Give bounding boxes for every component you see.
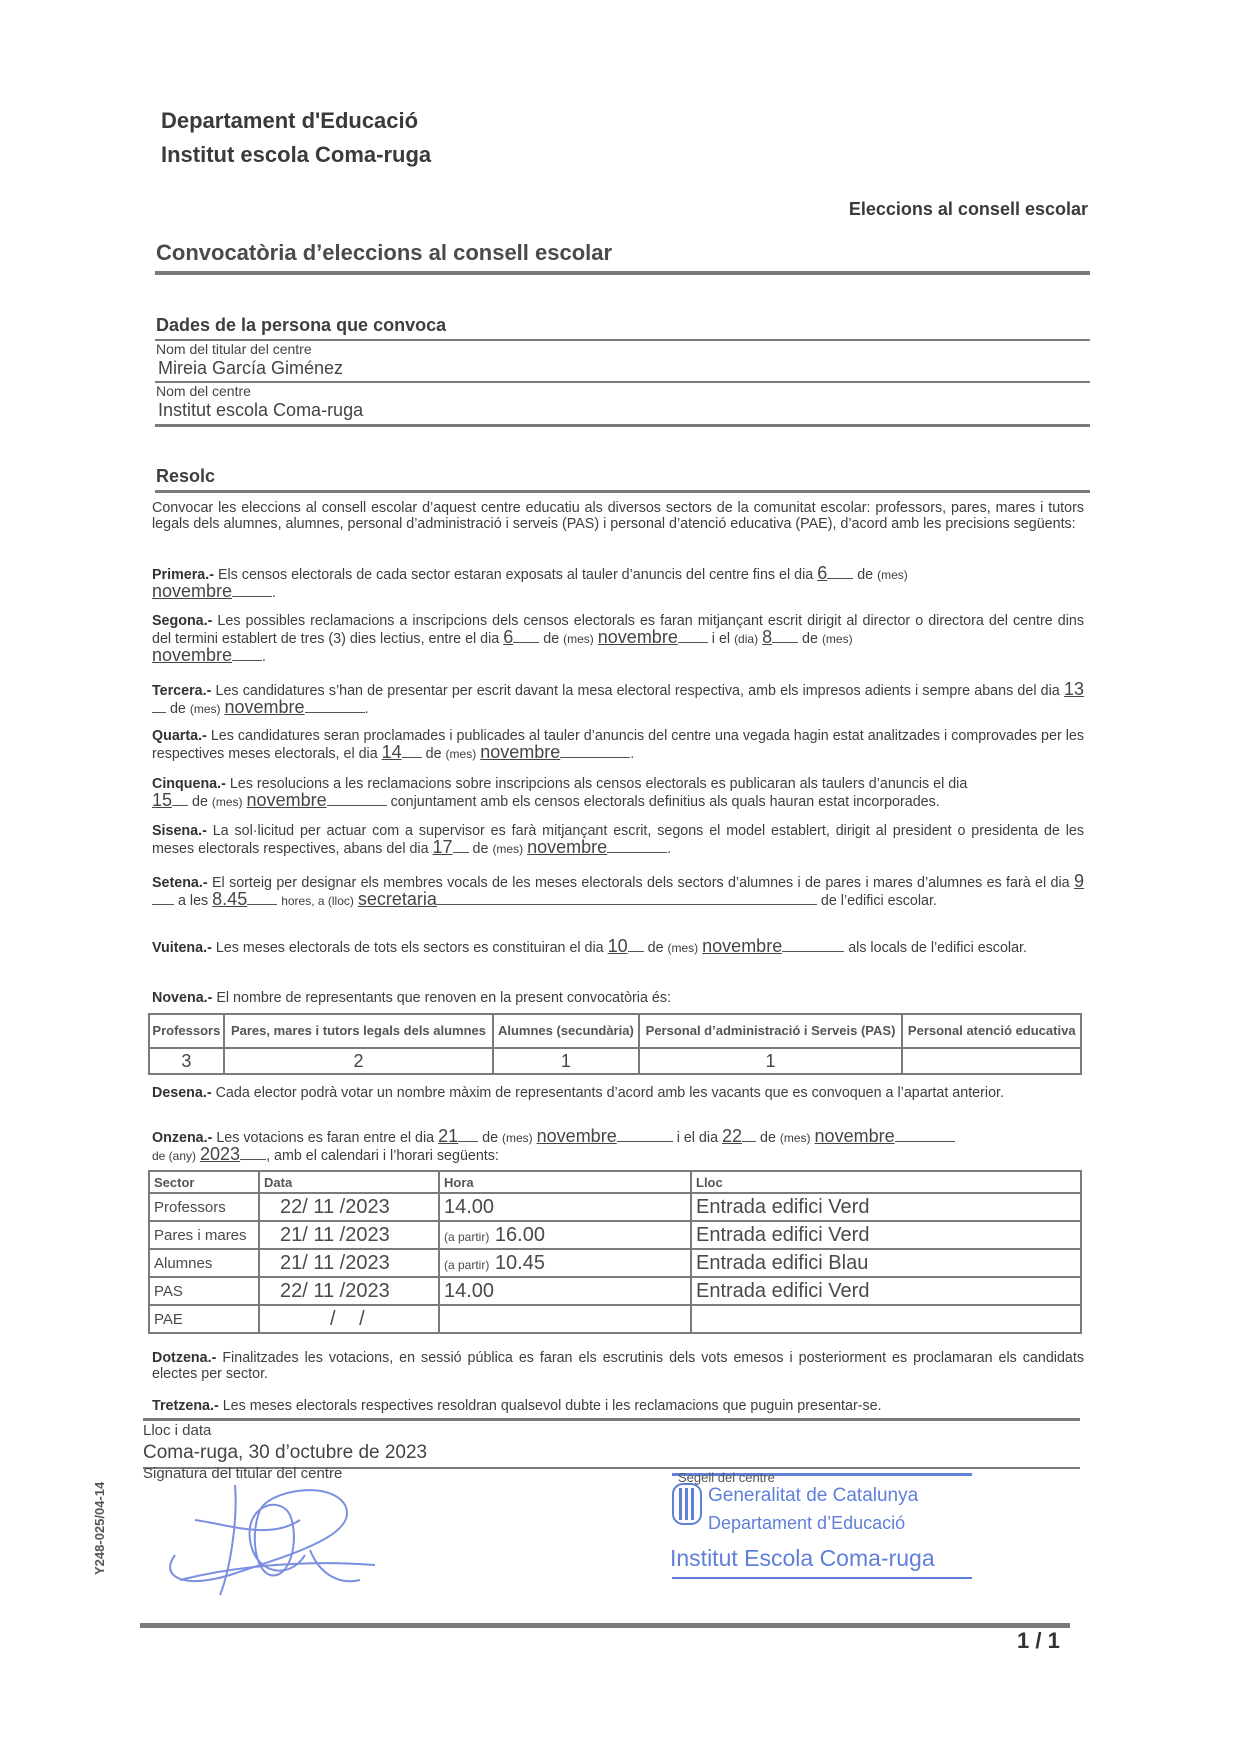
clause-label: Desena.- — [152, 1085, 212, 1101]
day-field[interactable]: 8 — [762, 629, 772, 645]
table-header: Hora — [439, 1171, 691, 1193]
clause-tail: als locals de l’edifici escolar. — [848, 940, 1027, 956]
department-name: Departament d'Educació — [161, 108, 418, 134]
sector-cell: Pares i mares — [149, 1221, 259, 1249]
clause-text: Les votacions es faran entre el dia — [216, 1130, 434, 1146]
table-cell[interactable]: 3 — [149, 1048, 224, 1074]
at-label: a les — [178, 893, 208, 909]
clause-primera: Primera.- Els censos electorals de cada … — [152, 565, 1084, 601]
school-name: Institut escola Coma-ruga — [161, 142, 431, 168]
page-title: Convocatòria d’eleccions al consell esco… — [156, 240, 612, 266]
clause-text: Les meses electorals respectives resoldr… — [223, 1398, 882, 1414]
clause-tail: de l’edifici escolar. — [821, 893, 937, 909]
clause-label: Setena.- — [152, 875, 208, 891]
day-field[interactable]: 22 — [722, 1128, 742, 1144]
table-row: Pares i mares 21/ 11 /2023 (a partir) 16… — [149, 1221, 1081, 1249]
month-field[interactable]: novembre — [537, 1128, 617, 1144]
clause-vuitena: Vuitena.- Les meses electorals de tots e… — [152, 938, 1084, 956]
clause-tail: , amb el calendari i l’horari següents: — [266, 1148, 499, 1164]
signature-icon — [150, 1480, 380, 1610]
centre-label: Nom del centre — [156, 383, 251, 399]
clause-sisena: Sisena.- La sol·licitud per actuar com a… — [152, 823, 1084, 857]
divider — [143, 1418, 1080, 1421]
divider — [155, 381, 1090, 383]
table-header: Alumnes (secundària) — [493, 1014, 638, 1048]
clause-text: Les candidatures s’han de presentar per … — [216, 683, 1060, 699]
table-row: PAE / / — [149, 1305, 1081, 1333]
place-date-label: Lloc i data — [143, 1422, 211, 1439]
representatives-table: Professors Pares, mares i tutors legals … — [148, 1013, 1082, 1075]
clause-tercera: Tercera.- Les candidatures s’han de pres… — [152, 681, 1084, 717]
form-code: Y248-025/04-14 — [92, 1482, 107, 1575]
time-field[interactable]: 8.45 — [212, 891, 247, 907]
clause-label: Segona.- — [152, 613, 212, 629]
clause-text: Les resolucions a les reclamacions sobre… — [230, 776, 967, 792]
page-number: 1 / 1 — [1017, 1628, 1060, 1654]
date-cell[interactable]: / / — [259, 1305, 439, 1333]
date-cell[interactable]: 21/ 11 /2023 — [259, 1249, 439, 1277]
sector-cell: Professors — [149, 1193, 259, 1221]
mid-label: i el dia — [677, 1130, 718, 1146]
place-cell[interactable]: Entrada edifici Blau — [691, 1249, 1081, 1277]
month-field[interactable]: novembre — [225, 699, 305, 715]
clause-onzena: Onzena.- Les votacions es faran entre el… — [152, 1128, 1084, 1164]
table-row: Alumnes 21/ 11 /2023 (a partir) 10.45 En… — [149, 1249, 1081, 1277]
year-field[interactable]: 2023 — [200, 1146, 240, 1162]
divider — [155, 424, 1090, 427]
resolution-section-title: Resolc — [156, 466, 215, 487]
sector-cell: Alumnes — [149, 1249, 259, 1277]
day-field[interactable]: 21 — [438, 1128, 458, 1144]
table-header: Personal d’administració i Serveis (PAS) — [639, 1014, 903, 1048]
clause-novena: Novena.- El nombre de representants que … — [152, 990, 1084, 1006]
date-cell[interactable]: 21/ 11 /2023 — [259, 1221, 439, 1249]
divider — [155, 271, 1090, 275]
table-cell[interactable]: 2 — [224, 1048, 493, 1074]
place-cell[interactable]: Entrada edifici Verd — [691, 1277, 1081, 1305]
sector-cell: PAE — [149, 1305, 259, 1333]
day-field[interactable]: 13 — [1064, 681, 1084, 697]
clause-dotzena: Dotzena.- Finalitzades les votacions, en… — [152, 1350, 1084, 1382]
day-field[interactable]: 6 — [817, 565, 827, 581]
table-header: Pares, mares i tutors legals dels alumne… — [224, 1014, 493, 1048]
place-field[interactable]: secretaria — [358, 891, 437, 907]
hour-cell[interactable]: (a partir) 16.00 — [439, 1221, 691, 1249]
month-field[interactable]: novembre — [152, 647, 232, 663]
clause-setena: Setena.- El sorteig per designar els mem… — [152, 873, 1084, 909]
clause-label: Dotzena.- — [152, 1350, 216, 1366]
table-header: Data — [259, 1171, 439, 1193]
month-field[interactable]: novembre — [152, 583, 232, 599]
clause-label: Tretzena.- — [152, 1398, 219, 1414]
clause-label: Vuitena.- — [152, 940, 212, 956]
clause-text: Finalitzades les votacions, en sessió pú… — [152, 1350, 1084, 1382]
place-cell[interactable]: Entrada edifici Verd — [691, 1221, 1081, 1249]
clause-tail: conjuntament amb els censos electorals d… — [391, 794, 940, 810]
clause-tretzena: Tretzena.- Les meses electorals respecti… — [152, 1398, 1084, 1414]
convener-section-title: Dades de la persona que convoca — [156, 315, 446, 336]
month-field[interactable]: novembre — [247, 792, 327, 808]
table-header: Personal atenció educativa — [902, 1014, 1081, 1048]
table-row: Professors 22/ 11 /2023 14.00 Entrada ed… — [149, 1193, 1081, 1221]
month-field[interactable]: novembre — [527, 839, 607, 855]
clause-segona: Segona.- Les possibles reclamacions a in… — [152, 613, 1084, 665]
place-date-field[interactable]: Coma-ruga, 30 d’octubre de 2023 — [143, 1442, 427, 1464]
clause-text: Els censos electorals de cada sector est… — [218, 567, 813, 583]
divider — [140, 1623, 1070, 1628]
clause-label: Sisena.- — [152, 823, 207, 839]
table-cell[interactable]: 1 — [639, 1048, 903, 1074]
holder-field[interactable]: Mireia García Giménez — [158, 358, 343, 379]
clause-text: Cada elector podrà votar un nombre màxim… — [216, 1085, 1004, 1101]
hour-cell[interactable]: (a partir) 10.45 — [439, 1249, 691, 1277]
table-header: Sector — [149, 1171, 259, 1193]
clause-desena: Desena.- Cada elector podrà votar un nom… — [152, 1085, 1084, 1101]
table-header: Lloc — [691, 1171, 1081, 1193]
table-row: PAS 22/ 11 /2023 14.00 Entrada edifici V… — [149, 1277, 1081, 1305]
table-cell[interactable]: 1 — [493, 1048, 638, 1074]
stamp-line2: Departament d’Educació — [708, 1513, 905, 1534]
day-field[interactable]: 17 — [433, 839, 453, 855]
table-cell[interactable] — [902, 1048, 1081, 1074]
month-field[interactable]: novembre — [702, 938, 782, 954]
place-cell[interactable] — [691, 1305, 1081, 1333]
clause-quarta: Quarta.- Les candidatures seran proclama… — [152, 728, 1084, 762]
day-field[interactable]: 14 — [382, 744, 402, 760]
voting-schedule-table: Sector Data Hora Lloc Professors 22/ 11 … — [148, 1170, 1082, 1334]
stamp-line3: Institut Escola Coma-ruga — [670, 1545, 935, 1572]
clause-label: Quarta.- — [152, 728, 207, 744]
hour-cell[interactable] — [439, 1305, 691, 1333]
place-cell[interactable]: Entrada edifici Verd — [691, 1193, 1081, 1221]
day-field[interactable]: 6 — [503, 629, 513, 645]
hour-cell[interactable]: 14.00 — [439, 1193, 691, 1221]
form-category: Eleccions al consell escolar — [849, 199, 1088, 220]
centre-field[interactable]: Institut escola Coma-ruga — [158, 400, 363, 421]
day-field[interactable]: 10 — [608, 938, 628, 954]
stamp-line1: Generalitat de Catalunya — [708, 1485, 918, 1507]
catalonia-emblem-icon — [672, 1483, 702, 1525]
hour-cell[interactable]: 14.00 — [439, 1277, 691, 1305]
clause-label: Novena.- — [152, 990, 212, 1006]
month-field[interactable]: novembre — [815, 1128, 895, 1144]
clause-text: El sorteig per designar els membres voca… — [212, 875, 1070, 891]
day-field[interactable]: 15 — [152, 792, 172, 808]
sector-cell: PAS — [149, 1277, 259, 1305]
month-field[interactable]: novembre — [598, 629, 678, 645]
year-label: de (any) — [152, 1149, 196, 1163]
resolution-intro: Convocar les eleccions al consell escola… — [152, 500, 1084, 532]
clause-label: Tercera.- — [152, 683, 211, 699]
date-cell[interactable]: 22/ 11 /2023 — [259, 1277, 439, 1305]
table-header: Professors — [149, 1014, 224, 1048]
clause-text: Les meses electorals de tots els sectors… — [216, 940, 604, 956]
clause-cinquena: Cinquena.- Les resolucions a les reclama… — [152, 776, 1084, 810]
holder-label: Nom del titular del centre — [156, 341, 312, 357]
hours-label: hores, a (lloc) — [281, 894, 354, 908]
divider — [155, 490, 1090, 493]
month-field[interactable]: novembre — [480, 744, 560, 760]
date-cell[interactable]: 22/ 11 /2023 — [259, 1193, 439, 1221]
day-field[interactable]: 9 — [1074, 873, 1084, 889]
clause-text: El nombre de representants que renoven e… — [216, 990, 671, 1006]
